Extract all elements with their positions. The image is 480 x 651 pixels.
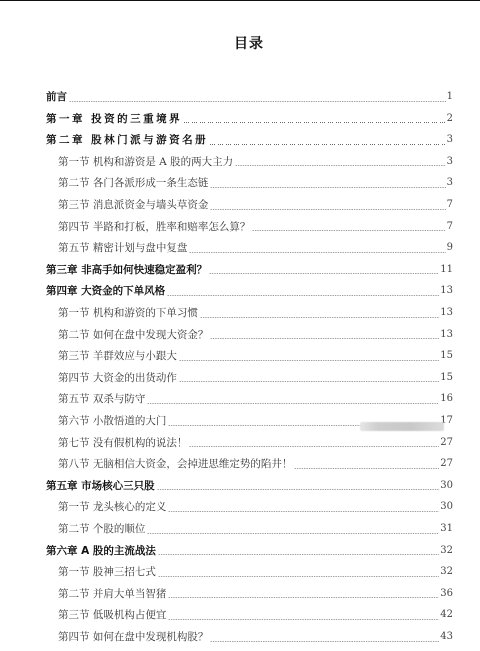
- dot-leader: [157, 489, 440, 490]
- toc-entry-title: 第五章 市场核心三只股: [46, 477, 156, 495]
- toc-entry-title: 第一节 机构和游资是 A 股的两大主力: [58, 153, 234, 171]
- toc-entry-title: 第二章 股林门派与游资名册: [46, 131, 209, 149]
- toc-section-entry[interactable]: 第三节 羊群效应与小跟大15: [58, 347, 453, 365]
- toc-page-number: 43: [440, 628, 453, 646]
- toc-chapter-entry[interactable]: 前言1: [46, 88, 453, 106]
- dot-leader: [210, 187, 445, 188]
- dot-leader: [210, 641, 439, 642]
- toc-page-number: 11: [440, 261, 453, 279]
- toc-section-entry[interactable]: 第七节 没有假机构的说法！27: [58, 434, 453, 452]
- dot-leader: [168, 619, 439, 620]
- toc-entry-title: 第一节 龙头核心的定义: [58, 498, 167, 516]
- dot-leader: [252, 230, 445, 231]
- toc-page-number: 27: [440, 434, 453, 452]
- toc-chapter-entry[interactable]: 第二章 股林门派与游资名册3: [46, 131, 453, 149]
- toc-page-number: 13: [440, 326, 453, 344]
- dot-leader: [168, 597, 439, 598]
- toc-entry-title: 第四节 大资金的出货动作: [58, 369, 178, 387]
- toc-entry-title: 第二节 个股的顺位: [58, 520, 146, 538]
- toc-entry-title: 第三节 消息派资金与墙头草资金: [58, 196, 209, 214]
- toc-section-entry[interactable]: 第四节 如何在盘中发现机构股？43: [58, 628, 453, 646]
- toc-chapter-entry[interactable]: 第一章 投资的三重境界2: [46, 110, 453, 128]
- toc-chapter-entry[interactable]: 第六章 A 股的主流战法32: [46, 542, 453, 560]
- toc-section-entry[interactable]: 第二节 如何在盘中发现大资金？13: [58, 326, 453, 344]
- toc-chapter-entry[interactable]: 第三章 非高手如何快速稳定盈利？11: [46, 261, 453, 279]
- dot-leader: [294, 468, 439, 469]
- toc-entry-title: 第六章 A 股的主流战法: [46, 542, 157, 560]
- toc-page-number: 16: [440, 390, 453, 408]
- toc-entry-title: 第二节 并肩大单当智猪: [58, 585, 167, 603]
- toc-entry-title: 第七节 没有假机构的说法！: [58, 434, 188, 452]
- toc-page-number: 1: [447, 88, 453, 106]
- dot-leader: [158, 576, 439, 577]
- toc-section-entry[interactable]: 第三节 消息派资金与墙头草资金7: [58, 196, 453, 214]
- toc-page-number: 32: [440, 563, 453, 581]
- toc-section-entry[interactable]: 第一节 机构和游资是 A 股的两大主力3: [58, 153, 453, 171]
- dot-leader: [158, 554, 439, 555]
- toc-page-number: 36: [440, 585, 453, 603]
- toc-page-number: 9: [447, 239, 453, 257]
- toc-section-entry[interactable]: 第一节 龙头核心的定义30: [58, 498, 453, 516]
- toc-entry-title: 第四章 大资金的下单风格: [46, 282, 166, 300]
- toc-page-number: 30: [440, 498, 453, 516]
- toc-page-number: 13: [440, 304, 453, 322]
- toc-entry-title: 第一节 机构和游资的下单习惯: [58, 304, 199, 322]
- toc-entry-title: 第二节 各门各派形成一条生态链: [58, 174, 209, 192]
- toc-page-number: 27: [440, 455, 453, 473]
- toc-entry-title: 第三章 非高手如何快速稳定盈利？: [46, 261, 208, 279]
- toc-entry-title: 第三节 羊群效应与小跟大: [58, 347, 178, 365]
- toc-chapter-entry[interactable]: 第四章 大资金的下单风格13: [46, 282, 453, 300]
- toc-page-number: 30: [440, 477, 453, 495]
- toc-chapter-entry[interactable]: 第五章 市场核心三只股30: [46, 477, 453, 495]
- dot-leader: [209, 273, 439, 274]
- dot-leader: [179, 381, 439, 382]
- toc-page-number: 42: [440, 606, 453, 624]
- dot-leader: [210, 338, 439, 339]
- toc-entry-title: 前言: [46, 88, 68, 106]
- toc-page-number: 3: [447, 153, 453, 171]
- toc-section-entry[interactable]: 第四节 半路和打板，胜率和赔率怎么算？7: [58, 218, 453, 236]
- toc-section-entry[interactable]: 第二节 并肩大单当智猪36: [58, 585, 453, 603]
- dot-leader: [210, 144, 445, 145]
- toc-entry-title: 第一节 股神三招七式: [58, 563, 157, 581]
- toc-page-number: 2: [447, 110, 453, 128]
- toc-section-entry[interactable]: 第三节 低吸机构占便宜42: [58, 606, 453, 624]
- dot-leader: [189, 252, 445, 253]
- toc-section-entry[interactable]: 第五节 双杀与防守16: [58, 390, 453, 408]
- dot-leader: [210, 209, 445, 210]
- toc-section-entry[interactable]: 第四节 大资金的出货动作15: [58, 369, 453, 387]
- dot-leader: [168, 511, 439, 512]
- toc-page-number: 15: [440, 369, 453, 387]
- toc-entry-title: 第八节 无脑相信大资金，会掉进思维定势的陷井！: [58, 455, 293, 473]
- dot-leader: [179, 360, 439, 361]
- toc-entry-title: 第四节 如何在盘中发现机构股？: [58, 628, 209, 646]
- toc-page-number: 13: [440, 282, 453, 300]
- toc-page-number: 32: [440, 542, 453, 560]
- toc-section-entry[interactable]: 第一节 股神三招七式32: [58, 563, 453, 581]
- toc-entry-title: 第五节 精密计划与盘中复盘: [58, 239, 188, 257]
- dot-leader: [189, 446, 439, 447]
- dot-leader: [147, 533, 439, 534]
- toc-section-entry[interactable]: 第五节 精密计划与盘中复盘9: [58, 239, 453, 257]
- toc-entry-title: 第四节 半路和打板，胜率和赔率怎么算？: [58, 218, 251, 236]
- toc-entry-title: 第二节 如何在盘中发现大资金？: [58, 326, 209, 344]
- toc-entry-title: 第三节 低吸机构占便宜: [58, 606, 167, 624]
- toc-entry-title: 第一章 投资的三重境界: [46, 110, 183, 128]
- toc-page-number: 3: [447, 131, 453, 149]
- page-title: 目录: [0, 33, 480, 53]
- blurred-watermark: [360, 422, 444, 431]
- toc-section-entry[interactable]: 第一节 机构和游资的下单习惯13: [58, 304, 453, 322]
- dot-leader: [200, 317, 439, 318]
- dot-leader: [147, 403, 439, 404]
- dot-leader: [235, 165, 446, 166]
- toc-page-number: 31: [440, 520, 453, 538]
- dot-leader: [167, 295, 439, 296]
- toc-page-number: 3: [447, 174, 453, 192]
- dot-leader: [184, 122, 445, 123]
- dot-leader: [69, 101, 446, 102]
- toc-entry-title: 第五节 双杀与防守: [58, 390, 146, 408]
- toc-section-entry[interactable]: 第二节 各门各派形成一条生态链3: [58, 174, 453, 192]
- toc-section-entry[interactable]: 第二节 个股的顺位31: [58, 520, 453, 538]
- toc-page-number: 7: [447, 196, 453, 214]
- toc-page-number: 15: [440, 347, 453, 365]
- toc-page-number: 7: [447, 218, 453, 236]
- toc-entry-title: 第六节 小散悟道的大门: [58, 412, 167, 430]
- toc-section-entry[interactable]: 第八节 无脑相信大资金，会掉进思维定势的陷井！27: [58, 455, 453, 473]
- top-border-rule: [0, 0, 480, 1]
